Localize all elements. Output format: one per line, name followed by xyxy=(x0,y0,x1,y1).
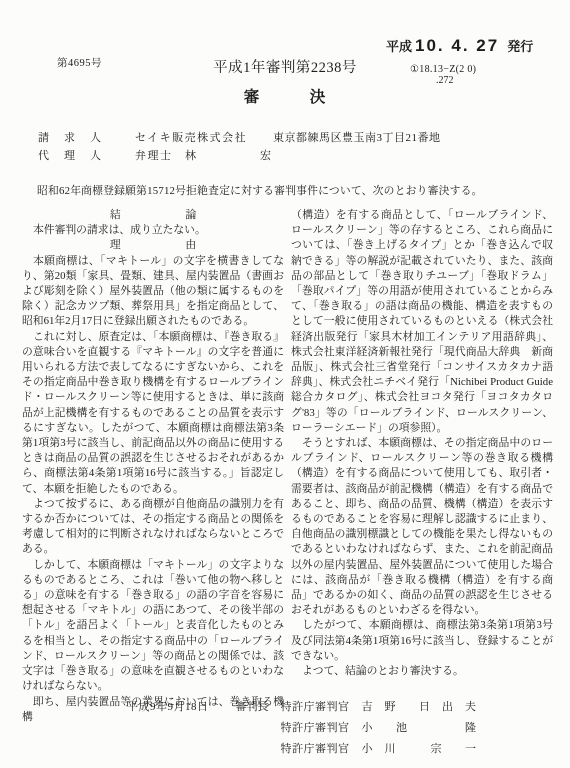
page-title: 審 決 xyxy=(0,85,570,107)
body-paragraph: 本願商標は、「マキトール」の文字を横書きしてなり、第20類「家具、畳類、建具、屋… xyxy=(22,254,284,330)
right-column: （構造）を有する商品として、「ロールブラインド、ロールスクリーン」等の存するとこ… xyxy=(291,208,553,725)
conclusion-heading: 結 論 xyxy=(22,208,284,223)
case-number: 平成1年審判第2238号 xyxy=(0,56,570,77)
body-paragraph: しかして、本願商標は「マキトール」の文字よりなるものであるところ、これは「巻いて… xyxy=(22,558,284,695)
agent-name: 弁理士 林 宏 xyxy=(135,147,273,163)
examiner-row: 特許庁審判官 小 池 隆 xyxy=(281,718,477,739)
claimant-name: セイキ販売株式会社 xyxy=(135,129,273,145)
agent-label: 代 理 人 xyxy=(38,147,135,163)
examiner-title: 特許庁審判官 xyxy=(281,739,350,760)
body-paragraph-continuation: （構造）を有する商品として、「ロールブラインド、ロールスクリーン」等の存するとこ… xyxy=(291,208,553,436)
trial-decision-document: 第4695号 平成1年審判第2238号 平成10. 4. 27発行 ①18.13… xyxy=(0,0,570,768)
reasons-heading: 理 由 xyxy=(22,238,284,253)
examiner-name: 小 川 宗 一 xyxy=(362,739,477,760)
issue-date-stamp: 平成10. 4. 27発行 xyxy=(386,36,533,56)
body-columns: 結 論 本件審判の請求は、成り立たない。 理 由 本願商標は、「マキトール」の文… xyxy=(22,208,553,725)
claimant-address: 東京都練馬区豊玉南3丁目21番地 xyxy=(273,129,441,145)
claimant-row: 請 求 人 セイキ販売株式会社 東京都練馬区豊玉南3丁目21番地 xyxy=(38,129,441,147)
examiner-list: 特許庁審判官 吉 野 日 出 夫 特許庁審判官 小 池 隆 特許庁審判官 小 川… xyxy=(281,697,477,760)
claimant-label: 請 求 人 xyxy=(38,129,135,145)
body-paragraph: よつて按ずるに、ある商標が自他商品の識別力を有するか否かについては、その指定する… xyxy=(22,497,284,558)
signature-block: 平成9年9月18日 審判長 特許庁審判官 吉 野 日 出 夫 特許庁審判官 小 … xyxy=(127,697,477,760)
body-paragraph: これに対し、原査定は、「本願商標は、『巻き取る』の意味合いを直観する『マキトール… xyxy=(22,330,284,497)
body-paragraph: したがつて、本願商標は、商標法第3条第1項第3号及び同法第4条第1項第16号に該… xyxy=(291,618,553,664)
examiner-name: 小 池 隆 xyxy=(362,718,477,739)
examiner-name: 吉 野 日 出 夫 xyxy=(362,697,477,718)
parties-block: 請 求 人 セイキ販売株式会社 東京都練馬区豊玉南3丁目21番地 代 理 人 弁… xyxy=(38,129,441,165)
conclusion-paragraph: 本件審判の請求は、成り立たない。 xyxy=(22,223,284,238)
examiner-title: 特許庁審判官 xyxy=(281,697,350,718)
classification-code: ①18.13−Z(2 0) xyxy=(410,64,476,75)
agent-row: 代 理 人 弁理士 林 宏 xyxy=(38,147,441,165)
issue-era: 平成 xyxy=(386,39,412,54)
examiner-row: 特許庁審判官 小 川 宗 一 xyxy=(281,739,477,760)
body-paragraph: そうとすれば、本願商標は、その指定商品中のロールブラインド、ロールスクリーン等の… xyxy=(291,436,553,618)
closing-paragraph: よつて、結論のとおり審決する。 xyxy=(291,664,553,679)
examiner-title: 特許庁審判官 xyxy=(281,718,350,739)
issue-suffix: 発行 xyxy=(507,39,533,54)
case-intro-sentence: 昭和62年商標登録願第15712号拒絶査定に対する審判事件について、次のとおり審… xyxy=(22,184,553,199)
decision-date: 平成9年9月18日 xyxy=(127,697,209,760)
left-column: 結 論 本件審判の請求は、成り立たない。 理 由 本願商標は、「マキトール」の文… xyxy=(22,208,284,725)
issue-date: 10. 4. 27 xyxy=(415,36,499,55)
chief-examiner-label: 審判長 xyxy=(236,697,269,760)
examiner-row: 特許庁審判官 吉 野 日 出 夫 xyxy=(281,697,477,718)
